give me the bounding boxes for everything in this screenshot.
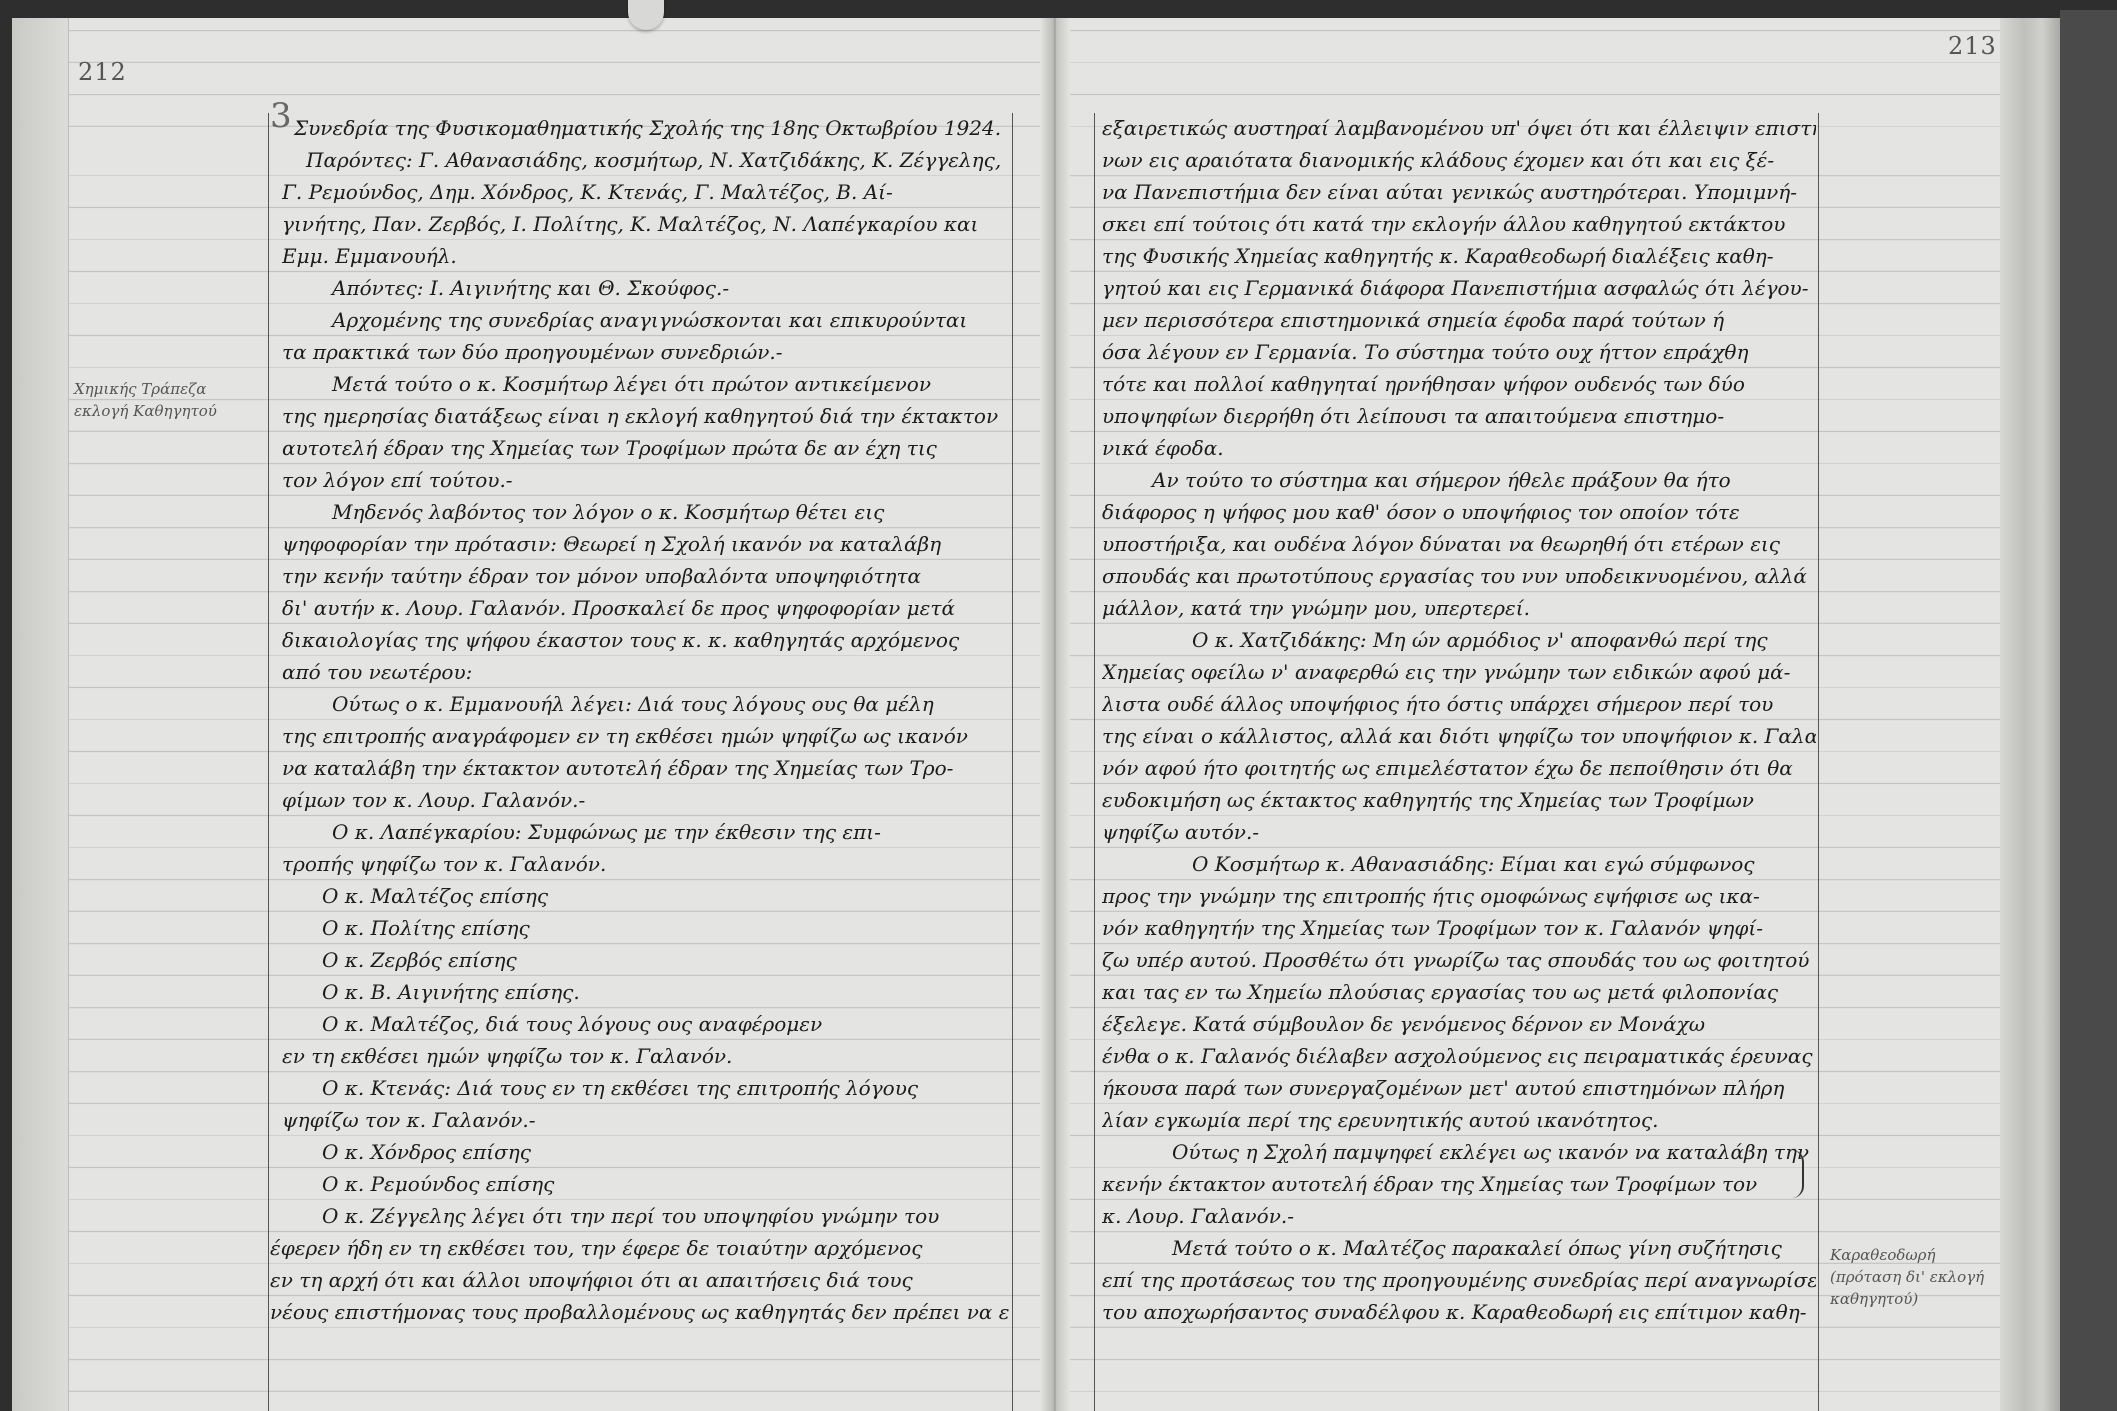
text-line: Παρόντες: Γ. Αθανασιάδης, κοσμήτωρ, Ν. Χ…	[282, 144, 1010, 176]
text-line: Ούτως ο κ. Εμμανουήλ λέγει: Διά τους λόγ…	[282, 688, 1010, 720]
text-line: της είναι ο κάλλιστος, αλλά και διότι ψη…	[1102, 720, 1816, 752]
text-line: έξελεγε. Κατά σύμβουλον δε γενόμενος δέρ…	[1102, 1008, 1816, 1040]
left-margin-rule	[268, 113, 269, 1411]
right-page: 213 εξαιρετικώς αυστηραί λαμβανομένου υπ…	[1056, 18, 2056, 1411]
text-line: εν τη αρχή ότι και άλλοι υποψήφιοι ότι α…	[270, 1264, 1010, 1296]
text-line: ευδοκιμήση ως έκτακτος καθηγητής της Χημ…	[1102, 784, 1816, 816]
text-line: αυτοτελή έδραν της Χημείας των Τροφίμων …	[282, 432, 1010, 464]
text-line: Ο κ. Ζερβός επίσης	[282, 944, 1010, 976]
text-line: του αποχωρήσαντος συναδέλφου κ. Καραθεοδ…	[1102, 1296, 1816, 1328]
margin-bracket	[1792, 1150, 1804, 1198]
text-line: ψηφίζω αυτόν.-	[1102, 816, 1816, 848]
text-line: της Φυσικής Χημείας καθηγητής κ. Καραθεο…	[1102, 240, 1816, 272]
text-line: μεν περισσότερα επιστημονικά σημεία έφοδ…	[1102, 304, 1816, 336]
left-margin-rule	[1094, 113, 1095, 1411]
text-line: και τας εν τω Χημείω πλούσιας εργασίας τ…	[1102, 976, 1816, 1008]
text-line: κ. Λουρ. Γαλανόν.-	[1102, 1200, 1816, 1232]
text-line: νων εις αραιότατα διανομικής κλάδους έχο…	[1102, 144, 1816, 176]
text-line: ήκουσα παρά των συνεργαζομένων μετ' αυτο…	[1102, 1072, 1816, 1104]
text-line: Ο κ. Χόνδρος επίσης	[282, 1136, 1010, 1168]
left-page: 212 3 Χημικής Τράπεζα εκλογή Καθηγητού Σ…	[12, 18, 1052, 1411]
text-line: τροπής ψηφίζω τον κ. Γαλανόν.	[282, 848, 1010, 880]
text-line: Αν τούτο το σύστημα και σήμερον ήθελε πρ…	[1102, 464, 1816, 496]
open-ledger-book: 212 3 Χημικής Τράπεζα εκλογή Καθηγητού Σ…	[0, 0, 2117, 1411]
text-line: Ο κ. Λαπέγκαρίου: Συμφώνως με την έκθεσι…	[282, 816, 1010, 848]
text-line: νικά έφοδα.	[1102, 432, 1816, 464]
heading-line: Συνεδρία της Φυσικομαθηματικής Σχολής τη…	[282, 112, 1010, 144]
text-line: Ο κ. Ρεμούνδος επίσης	[282, 1168, 1010, 1200]
text-line: νόν αφού ήτο φοιτητής ως επιμελέστατον έ…	[1102, 752, 1816, 784]
text-line: της ημερησίας διατάξεως είναι η εκλογή κ…	[282, 400, 1010, 432]
text-line: Μηδενός λαβόντος τον λόγον ο κ. Κοσμήτωρ…	[282, 496, 1010, 528]
text-line: Ούτως η Σχολή παμψηφεί εκλέγει ως ικανόν…	[1102, 1136, 1816, 1168]
text-line: ένθα ο κ. Γαλανός διέλαβεν ασχολούμενος …	[1102, 1040, 1816, 1072]
text-line: όσα λέγουν εν Γερμανία. Το σύστημα τούτο…	[1102, 336, 1816, 368]
text-line: επί της προτάσεως του της προηγουμένης σ…	[1102, 1264, 1816, 1296]
page-number-right: 213	[1948, 32, 1997, 60]
text-line: διάφορος η ψήφος μου καθ' όσον ο υποψήφι…	[1102, 496, 1816, 528]
text-line: την κενήν ταύτην έδραν τον μόνον υποβαλό…	[282, 560, 1010, 592]
text-line: Ο κ. Μαλτέζος, διά τους λόγους ους αναφέ…	[282, 1008, 1010, 1040]
text-line: μάλλον, κατά την γνώμην μου, υπερτερεί.	[1102, 592, 1816, 624]
right-page-edges	[2000, 18, 2060, 1411]
right-page-text: εξαιρετικώς αυστηραί λαμβανομένου υπ' όψ…	[1102, 112, 1816, 1328]
text-line: δι' αυτήν κ. Λουρ. Γαλανόν. Προσκαλεί δε…	[282, 592, 1010, 624]
text-line: γητού και εις Γερμανικά διάφορα Πανεπιστ…	[1102, 272, 1816, 304]
text-line: Ο Κοσμήτωρ κ. Αθανασιάδης: Είμαι και εγώ…	[1102, 848, 1816, 880]
text-line: δικαιολογίας της ψήφου έκαστον τους κ. κ…	[282, 624, 1010, 656]
book-cover-edge	[2060, 10, 2117, 1411]
text-line: σκει επί τούτοις ότι κατά την εκλογήν άλ…	[1102, 208, 1816, 240]
text-line: Μετά τούτο ο κ. Μαλτέζος παρακαλεί όπως …	[1102, 1232, 1816, 1264]
text-line: από του νεωτέρου:	[282, 656, 1010, 688]
page-number-left: 212	[78, 58, 127, 86]
text-line: Ο κ. Χατζιδάκης: Μη ών αρμόδιος ν' αποφα…	[1102, 624, 1816, 656]
text-line: Απόντες: Ι. Αιγινήτης και Θ. Σκούφος.-	[282, 272, 1010, 304]
left-page-text: Συνεδρία της Φυσικομαθηματικής Σχολής τη…	[282, 112, 1010, 1328]
margin-note-left: Χημικής Τράπεζα εκλογή Καθηγητού	[74, 378, 264, 422]
text-line: Γ. Ρεμούνδος, Δημ. Χόνδρος, Κ. Κτενάς, Γ…	[282, 176, 1010, 208]
text-line: τα πρακτικά των δύο προηγουμένων συνεδρι…	[282, 336, 1010, 368]
book-gutter	[1040, 18, 1070, 1411]
text-line: Μετά τούτο ο κ. Κοσμήτωρ λέγει ότι πρώτο…	[282, 368, 1010, 400]
text-line: νέους επιστήμονας τους προβαλλομένους ως…	[270, 1296, 1010, 1328]
text-line: να Πανεπιστήμια δεν είναι αύται γενικώς …	[1102, 176, 1816, 208]
left-page-edges	[12, 18, 69, 1411]
text-line: Εμμ. Εμμανουήλ.	[282, 240, 1010, 272]
text-line: τον λόγον επί τούτου.-	[282, 464, 1010, 496]
right-margin-rule	[1818, 113, 1819, 1411]
right-margin-rule	[1012, 113, 1013, 1411]
text-line: Χημείας οφείλω ν' αναφερθώ εις την γνώμη…	[1102, 656, 1816, 688]
text-line: ζω υπέρ αυτού. Προσθέτω ότι γνωρίζω τας …	[1102, 944, 1816, 976]
text-line: Ο κ. Β. Αιγινήτης επίσης.	[282, 976, 1010, 1008]
text-line: να καταλάβη την έκτακτον αυτοτελή έδραν …	[282, 752, 1010, 784]
text-line: εν τη εκθέσει ημών ψηφίζω τον κ. Γαλανόν…	[282, 1040, 1010, 1072]
text-line: λίαν εγκωμία περί της ερευνητικής αυτού …	[1102, 1104, 1816, 1136]
text-line: ψηφίζω τον κ. Γαλανόν.-	[282, 1104, 1010, 1136]
text-line: εξαιρετικώς αυστηραί λαμβανομένου υπ' όψ…	[1102, 112, 1816, 144]
text-line: γινήτης, Παν. Ζερβός, Ι. Πολίτης, Κ. Μαλ…	[282, 208, 1010, 240]
text-line: Ο κ. Μαλτέζος επίσης	[282, 880, 1010, 912]
text-line: υποψηφίων διερρήθη ότι λείπουσι τα απαιτ…	[1102, 400, 1816, 432]
text-line: φίμων τον κ. Λουρ. Γαλανόν.-	[282, 784, 1010, 816]
text-line: Αρχομένης της συνεδρίας αναγιγνώσκονται …	[282, 304, 1010, 336]
text-line: Ο κ. Πολίτης επίσης	[282, 912, 1010, 944]
text-line: κενήν έκτακτον αυτοτελή έδραν της Χημεία…	[1102, 1168, 1816, 1200]
text-line: σπουδάς και πρωτοτύπους εργασίας του νυν…	[1102, 560, 1816, 592]
text-line: λιστα ουδέ άλλος υποψήφιος ήτο όστις υπά…	[1102, 688, 1816, 720]
text-line: Ο κ. Κτενάς: Διά τους εν τη εκθέσει της …	[282, 1072, 1010, 1104]
text-line: νόν καθηγητήν της Χημείας των Τροφίμων τ…	[1102, 912, 1816, 944]
text-line: ψηφοφορίαν την πρότασιν: Θεωρεί η Σχολή …	[282, 528, 1010, 560]
text-line: τότε και πολλοί καθηγηταί ηρνήθησαν ψήφο…	[1102, 368, 1816, 400]
text-line: υποστήριξα, και ουδένα λόγον δύναται να …	[1102, 528, 1816, 560]
text-line: Ο κ. Ζέγγελης λέγει ότι την περί του υπο…	[282, 1200, 1010, 1232]
text-line: έφερεν ήδη εν τη εκθέσει του, την έφερε …	[270, 1232, 1010, 1264]
text-line: της επιτροπής αναγράφομεν εν τη εκθέσει …	[282, 720, 1010, 752]
text-line: προς την γνώμην της επιτροπής ήτις ομοφώ…	[1102, 880, 1816, 912]
